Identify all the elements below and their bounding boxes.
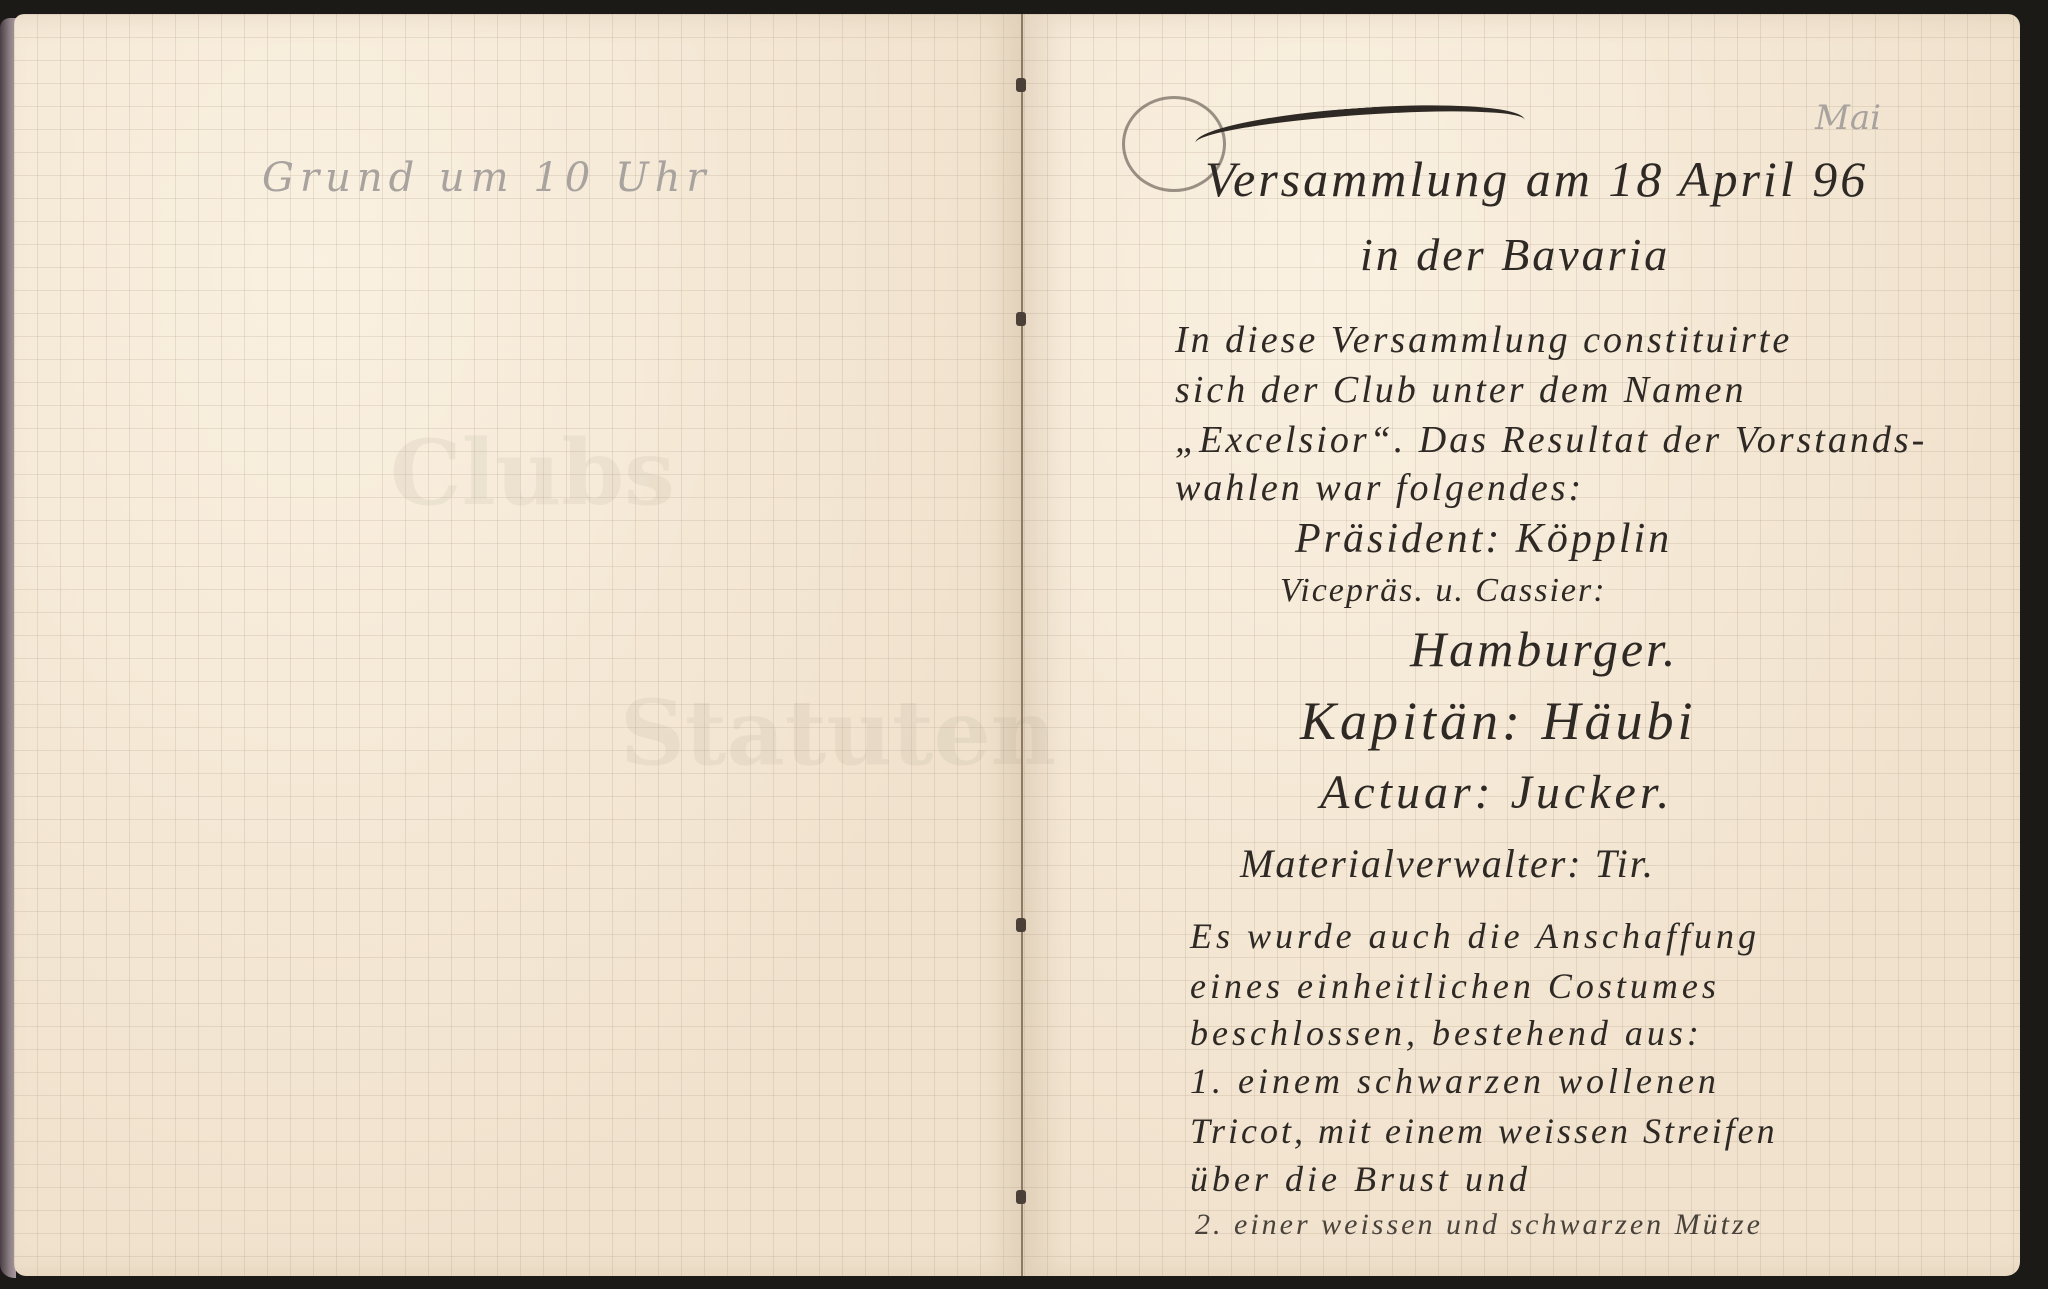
- paragraph-line: In diese Versammlung constituirte: [1175, 318, 1792, 362]
- paragraph-line: über die Brust und: [1190, 1158, 1531, 1200]
- officer-captain: Kapitän: Häubi: [1300, 690, 1697, 752]
- pencil-note: Grund um 10 Uhr: [262, 155, 712, 201]
- notebook-spread: Grund um 10 Uhr Clubs Statuten Mai Versa…: [0, 0, 2048, 1289]
- paragraph-line: „Excelsior“. Das Resultat der Vorstands-: [1175, 418, 1927, 462]
- paragraph-line: Tricot, mit einem weissen Streifen: [1190, 1110, 1778, 1152]
- paragraph-line: sich der Club unter dem Namen: [1175, 368, 1746, 412]
- binding-stitch: [1016, 918, 1026, 932]
- officer-material-manager: Materialverwalter: Tir.: [1240, 840, 1655, 887]
- paragraph-line: 2. einer weissen und schwarzen Mütze: [1195, 1208, 1763, 1242]
- left-page: [14, 14, 1024, 1276]
- paragraph-line: 1. einem schwarzen wollenen: [1190, 1060, 1720, 1102]
- paragraph-line: Es wurde auch die Anschaffung: [1190, 915, 1760, 957]
- bleed-through-text: Statuten: [620, 680, 1056, 786]
- binding-stitch: [1016, 1190, 1026, 1204]
- bleed-through-text: Clubs: [390, 420, 675, 526]
- paragraph-line: beschlossen, bestehend aus:: [1190, 1012, 1703, 1054]
- officer-actuary: Actuar: Jucker.: [1320, 765, 1673, 820]
- officer-vicepresident-name: Hamburger.: [1410, 620, 1678, 678]
- binding-stitch: [1016, 312, 1026, 326]
- officer-president: Präsident: Köpplin: [1295, 515, 1672, 563]
- binding-stitch: [1016, 78, 1026, 92]
- paragraph-line: wahlen war folgendes:: [1175, 466, 1584, 510]
- pencil-annotation: Mai: [1815, 98, 1881, 138]
- officer-vicepresident-label: Vicepräs. u. Cassier:: [1280, 572, 1607, 610]
- heading-line-1: Versammlung am 18 April 96: [1205, 150, 1868, 208]
- heading-line-2: in der Bavaria: [1360, 228, 1670, 281]
- paragraph-line: eines einheitlichen Costumes: [1190, 965, 1720, 1007]
- binding-gutter: [1021, 14, 1023, 1276]
